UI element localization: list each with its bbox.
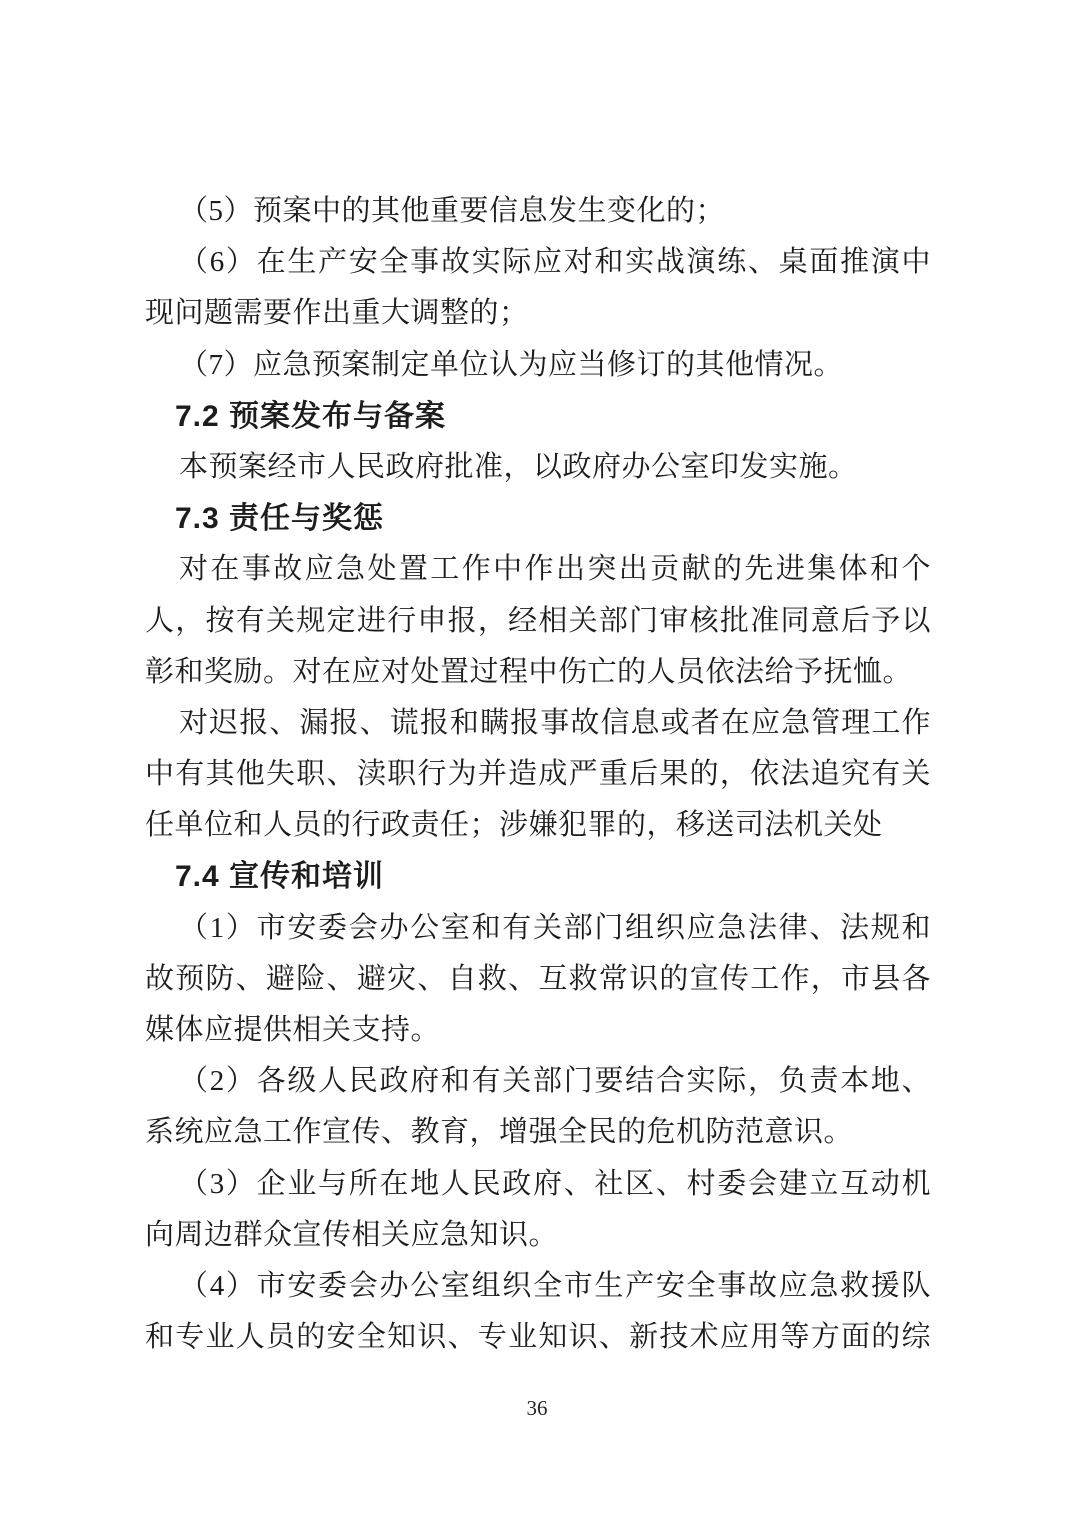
text-line: （6）在生产安全事故实际应对和实战演练、桌面推演中发 [145, 237, 931, 288]
section-heading: 7.2 预案发布与备案 [145, 391, 931, 442]
section-heading: 7.3 责任与奖惩 [145, 493, 931, 544]
text-line: 对在事故应急处置工作中作出突出贡献的先进集体和个 [145, 544, 931, 595]
text-line: （1）市安委会办公室和有关部门组织应急法律、法规和事 [145, 903, 931, 954]
text-line: 向周边群众宣传相关应急知识。 [145, 1210, 931, 1261]
text-line: 中有其他失职、渎职行为并造成严重后果的，依法追究有关责 [145, 749, 931, 800]
text-line: （3）企业与所在地人民政府、社区、村委会建立互动机制， [145, 1159, 931, 1210]
document-page: （5）预案中的其他重要信息发生变化的；（6）在生产安全事故实际应对和实战演练、桌… [0, 0, 1074, 1520]
text-line: 故预防、避险、避灾、自救、互救常识的宣传工作，市县各级 [145, 954, 931, 1005]
text-line: 本预案经市人民政府批准，以政府办公室印发实施。 [145, 442, 931, 493]
page-footer: 36 [0, 1396, 1074, 1421]
text-line: 和专业人员的安全知识、专业知识、新技术应用等方面的综合 [145, 1312, 931, 1363]
section-heading: 7.4 宣传和培训 [145, 851, 931, 902]
text-line: （5）预案中的其他重要信息发生变化的； [145, 186, 931, 237]
document-body: （5）预案中的其他重要信息发生变化的；（6）在生产安全事故实际应对和实战演练、桌… [145, 186, 931, 1363]
page-number: 36 [527, 1396, 548, 1420]
text-line: （7）应急预案制定单位认为应当修订的其他情况。 [145, 340, 931, 391]
text-line: （2）各级人民政府和有关部门要结合实际，负责本地、本 [145, 1056, 931, 1107]
text-line: （4）市安委会办公室组织全市生产安全事故应急救援队伍 [145, 1261, 931, 1312]
text-line: 任单位和人员的行政责任；涉嫌犯罪的，移送司法机关处理。 [145, 800, 931, 851]
text-line: 系统应急工作宣传、教育，增强全民的危机防范意识。 [145, 1107, 931, 1158]
text-line: 人，按有关规定进行申报，经相关部门审核批准同意后予以表 [145, 596, 931, 647]
text-line: 对迟报、漏报、谎报和瞒报事故信息或者在应急管理工作 [145, 698, 931, 749]
text-line: 彰和奖励。对在应对处置过程中伤亡的人员依法给予抚恤。 [145, 647, 931, 698]
text-line: 现问题需要作出重大调整的； [145, 288, 931, 339]
text-line: 媒体应提供相关支持。 [145, 1005, 931, 1056]
